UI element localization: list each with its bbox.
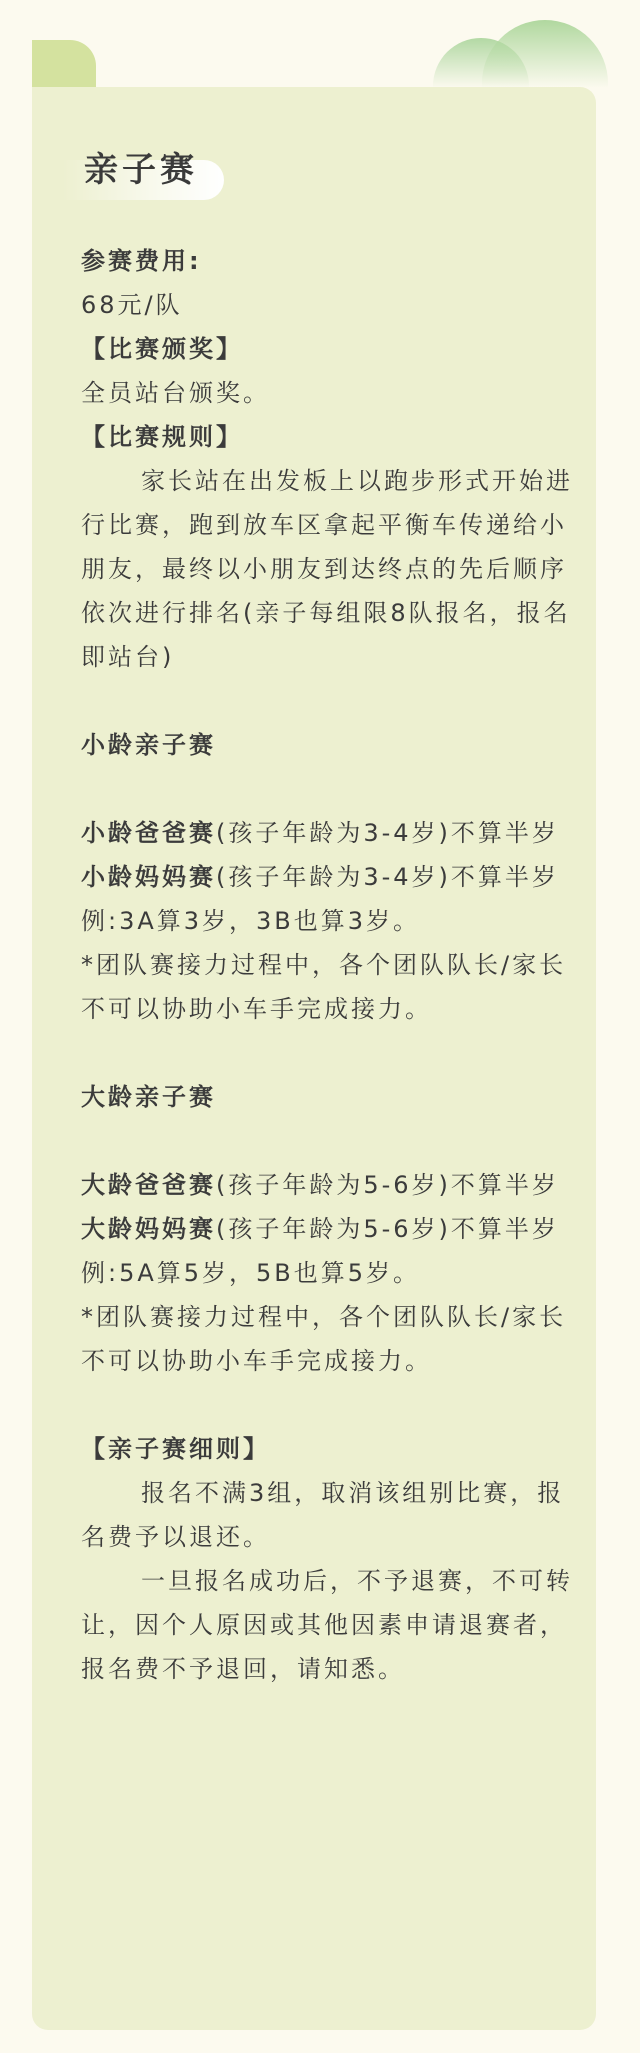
senior-heading: 大龄亲子赛	[81, 1075, 581, 1119]
junior-note: *团队赛接力过程中，各个团队队长/家长不可以协助小车手完成接力。	[81, 943, 581, 1031]
page-title: 亲子赛	[84, 145, 198, 195]
fee-value: 68元/队	[81, 283, 581, 327]
details-para-1: 报名不满3组，取消该组别比赛，报名费予以退还。	[81, 1471, 581, 1559]
senior-dad-text: (孩子年龄为5-6岁)不算半岁	[216, 1171, 559, 1199]
senior-note: *团队赛接力过程中，各个团队队长/家长不可以协助小车手完成接力。	[81, 1295, 581, 1383]
content-card: 亲子赛 参赛费用: 68元/队 【比赛颁奖】 全员站台颁奖。 【比赛规则】 家长…	[32, 87, 596, 2030]
details-heading: 【亲子赛细则】	[81, 1427, 581, 1471]
junior-dad-line: 小龄爸爸赛(孩子年龄为3-4岁)不算半岁	[81, 811, 581, 855]
senior-mom-line: 大龄妈妈赛(孩子年龄为5-6岁)不算半岁	[81, 1207, 581, 1251]
senior-dad-label: 大龄爸爸赛	[81, 1171, 216, 1199]
spacer	[81, 1031, 581, 1075]
junior-mom-line: 小龄妈妈赛(孩子年龄为3-4岁)不算半岁	[81, 855, 581, 899]
rules-text: 家长站在出发板上以跑步形式开始进行比赛，跑到放车区拿起平衡车传递给小朋友，最终以…	[81, 459, 581, 679]
junior-mom-text: (孩子年龄为3-4岁)不算半岁	[216, 863, 559, 891]
spacer	[81, 679, 581, 723]
card-content: 参赛费用: 68元/队 【比赛颁奖】 全员站台颁奖。 【比赛规则】 家长站在出发…	[81, 239, 581, 1691]
card-tab-decoration	[32, 40, 96, 87]
details-para-2: 一旦报名成功后，不予退赛，不可转让，因个人原因或其他因素申请退赛者，报名费不予退…	[81, 1559, 581, 1691]
senior-example: 例:5A算5岁，5B也算5岁。	[81, 1251, 581, 1295]
fee-label: 参赛费用:	[81, 239, 581, 283]
junior-dad-text: (孩子年龄为3-4岁)不算半岁	[216, 819, 559, 847]
rules-heading: 【比赛规则】	[81, 415, 581, 459]
award-heading: 【比赛颁奖】	[81, 327, 581, 371]
junior-example: 例:3A算3岁，3B也算3岁。	[81, 899, 581, 943]
spacer	[81, 1383, 581, 1427]
junior-mom-label: 小龄妈妈赛	[81, 863, 216, 891]
spacer	[81, 1119, 581, 1163]
junior-dad-label: 小龄爸爸赛	[81, 819, 216, 847]
award-text: 全员站台颁奖。	[81, 371, 581, 415]
hill-decoration-large	[482, 20, 608, 88]
junior-heading: 小龄亲子赛	[81, 723, 581, 767]
senior-dad-line: 大龄爸爸赛(孩子年龄为5-6岁)不算半岁	[81, 1163, 581, 1207]
senior-mom-label: 大龄妈妈赛	[81, 1215, 216, 1243]
senior-mom-text: (孩子年龄为5-6岁)不算半岁	[216, 1215, 559, 1243]
spacer	[81, 767, 581, 811]
